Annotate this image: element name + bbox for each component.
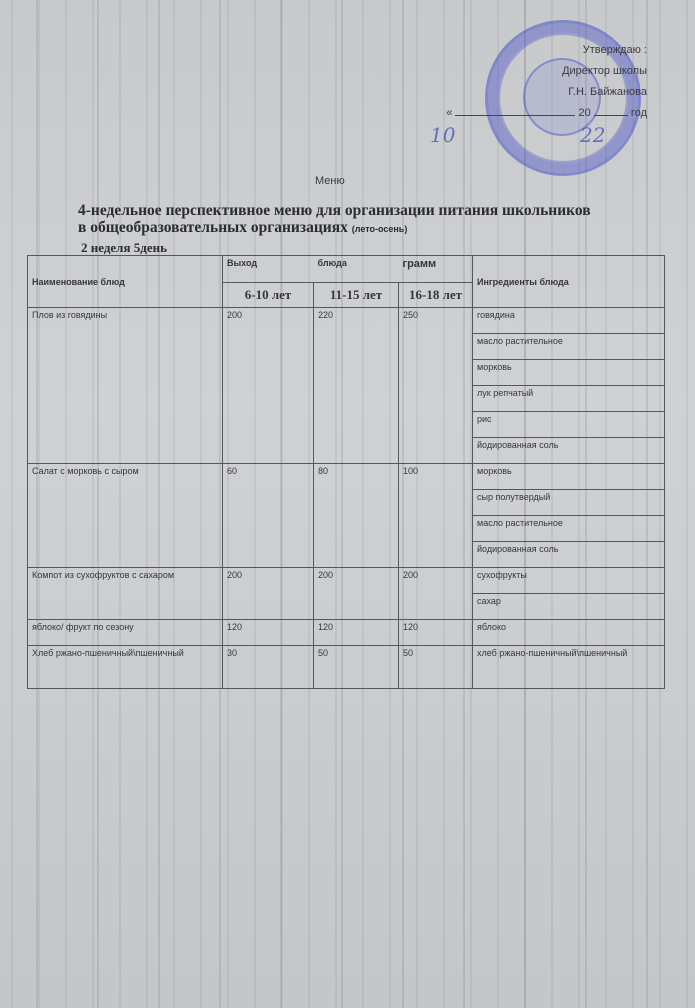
approval-date-line: « 20 год — [446, 103, 647, 124]
menu-label: Меню — [315, 175, 345, 187]
dish-name-cell: Компот из сухофруктов с сахаром — [28, 568, 223, 620]
title-line-2: в общеобразовательных организациях (лето… — [78, 219, 678, 238]
week-day-label: 2 неделя 5день — [81, 240, 167, 256]
yield-value-cell: 200 — [314, 568, 399, 620]
header-yield-2: блюда — [314, 256, 399, 283]
ingredient-cell: йодированная соль — [473, 438, 665, 464]
ingredient-cell: хлеб ржано-пшеничный\пшеничный — [473, 646, 665, 689]
ingredient-cell: рис — [473, 412, 665, 438]
ingredient-cell: морковь — [473, 360, 665, 386]
menu-table-body: Плов из говядины200220250говядинамасло р… — [28, 308, 665, 689]
yield-value-cell: 80 — [314, 464, 399, 568]
ingredient-cell: лук репчатый — [473, 386, 665, 412]
header-age-6-10: 6-10 лет — [223, 283, 314, 308]
menu-table: Наименование блюд Выход блюда грамм Ингр… — [27, 255, 665, 689]
yield-value-cell: 250 — [399, 308, 473, 464]
ingredient-cell: морковь — [473, 464, 665, 490]
ingredient-cell: говядина — [473, 308, 665, 334]
yield-value-cell: 100 — [399, 464, 473, 568]
yield-value-cell: 120 — [399, 620, 473, 646]
ingredient-cell: йодированная соль — [473, 542, 665, 568]
approval-signatory: Г.Н. Байжанова — [446, 82, 647, 103]
handwritten-year: 22 — [580, 123, 605, 147]
table-row: Хлеб ржано-пшеничный\пшеничный305050хлеб… — [28, 646, 665, 689]
season-label: (лето-осень) — [352, 224, 408, 234]
document-title: 4-недельное перспективное меню для орган… — [78, 202, 678, 238]
yield-value-cell: 50 — [314, 646, 399, 689]
approval-position: Директор школы — [446, 61, 647, 82]
yield-value-cell: 120 — [314, 620, 399, 646]
table-row: Компот из сухофруктов с сахаром200200200… — [28, 568, 665, 594]
approval-block: Утверждаю : Директор школы Г.Н. Байжанов… — [446, 40, 647, 124]
header-age-16-18: 16-18 лет — [399, 283, 473, 308]
header-yield-3: грамм — [399, 256, 473, 283]
yield-value-cell: 50 — [399, 646, 473, 689]
approval-title: Утверждаю : — [446, 40, 647, 61]
yield-value-cell: 30 — [223, 646, 314, 689]
yield-value-cell: 200 — [399, 568, 473, 620]
table-row: яблоко/ фрукт по сезону120120120яблоко — [28, 620, 665, 646]
ingredient-cell: сыр полутвердый — [473, 490, 665, 516]
dish-name-cell: Плов из говядины — [28, 308, 223, 464]
title-line-1: 4-недельное перспективное меню для орган… — [78, 202, 678, 219]
header-ingredients: Ингредиенты блюда — [473, 256, 665, 308]
handwritten-date: 10 — [430, 123, 455, 147]
header-yield-1: Выход — [223, 256, 314, 283]
yield-value-cell: 120 — [223, 620, 314, 646]
table-row: Плов из говядины200220250говядина — [28, 308, 665, 334]
yield-value-cell: 60 — [223, 464, 314, 568]
blank-page-area — [0, 700, 695, 1008]
ingredient-cell: масло растительное — [473, 334, 665, 360]
ingredient-cell: масло растительное — [473, 516, 665, 542]
yield-value-cell: 200 — [223, 308, 314, 464]
yield-value-cell: 200 — [223, 568, 314, 620]
ingredient-cell: сухофрукты — [473, 568, 665, 594]
header-dish-name: Наименование блюд — [28, 256, 223, 308]
dish-name-cell: Хлеб ржано-пшеничный\пшеничный — [28, 646, 223, 689]
dish-name-cell: яблоко/ фрукт по сезону — [28, 620, 223, 646]
ingredient-cell: яблоко — [473, 620, 665, 646]
ingredient-cell: сахар — [473, 594, 665, 620]
yield-value-cell: 220 — [314, 308, 399, 464]
header-age-11-15: 11-15 лет — [314, 283, 399, 308]
table-row: Салат с морковь с сыром6080100морковь — [28, 464, 665, 490]
dish-name-cell: Салат с морковь с сыром — [28, 464, 223, 568]
